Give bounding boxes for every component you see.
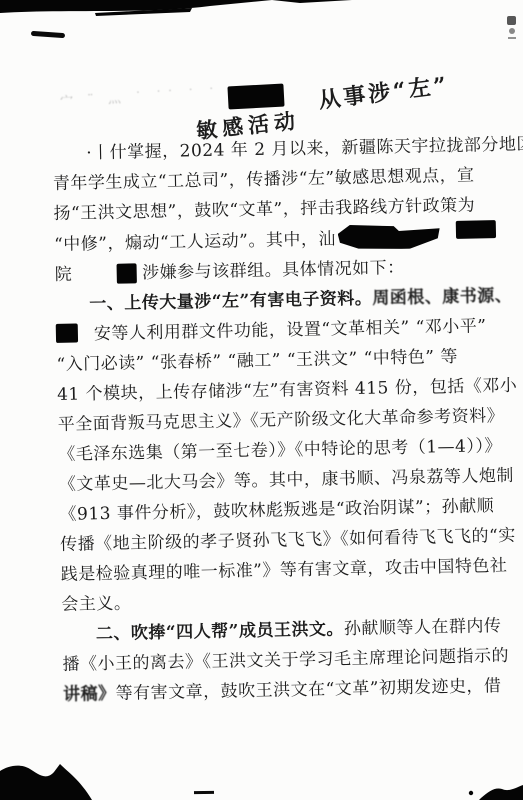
redaction-block-name-2 [455, 220, 495, 239]
document-title-tail: 从事涉“左” [317, 68, 451, 115]
scan-speck-top-right [507, 13, 519, 42]
faded-header-text: 宀 ¨ 灬 ˙ ˙˙ ˙ ˙ ˙ [60, 82, 231, 110]
redaction-block-name-4 [56, 324, 78, 343]
scan-artifact-top-band [0, 0, 360, 22]
intro-line-5-pre: 院 [55, 265, 73, 285]
section2-line-3-text: 等有害文章，鼓吹王洪文在“文革”初期发迹史，借 [115, 676, 501, 704]
section1-line-2-text: 安等人利用群文件功能，设置“文革相关” “邓小平” [94, 316, 487, 344]
scan-artifact-bottom-left [0, 760, 100, 800]
redaction-block-name-1 [338, 223, 440, 250]
section2-line-3-smudged: 讲稿》 [63, 684, 116, 705]
document-body: ·丨什掌握，2024 年 2 月以来，新疆陈天宇拉拢部分地区 青年学生成立“工总… [52, 130, 487, 709]
section1-names: 周函根、康书源、 [372, 286, 512, 309]
scan-artifact-dash-bottom [194, 791, 214, 794]
scanned-document-page: 宀 ¨ 灬 ˙ ˙˙ ˙ ˙ ˙ 从事涉“左” 敏感活动 ·丨什掌握，2024 … [0, 0, 523, 800]
section2-line-1-text: 孙献顺等人在群内传 [344, 616, 502, 639]
scan-artifact-dash-top [31, 31, 65, 38]
scan-artifact-bottom-right [463, 783, 523, 800]
redaction-block-name-3 [116, 263, 136, 283]
intro-line-4-text: “中修”，煽动“工人运动”。其中，汕 [54, 229, 336, 255]
section1-heading: 一、上传大量涉“左”有害电子资料。 [89, 289, 372, 315]
section2-heading: 二、吹捧“四人帮”成员王洪文。 [96, 619, 344, 644]
intro-line-5-post: 涉嫌参与该群组。具体情况如下： [142, 258, 405, 283]
redaction-block-header [227, 84, 284, 110]
